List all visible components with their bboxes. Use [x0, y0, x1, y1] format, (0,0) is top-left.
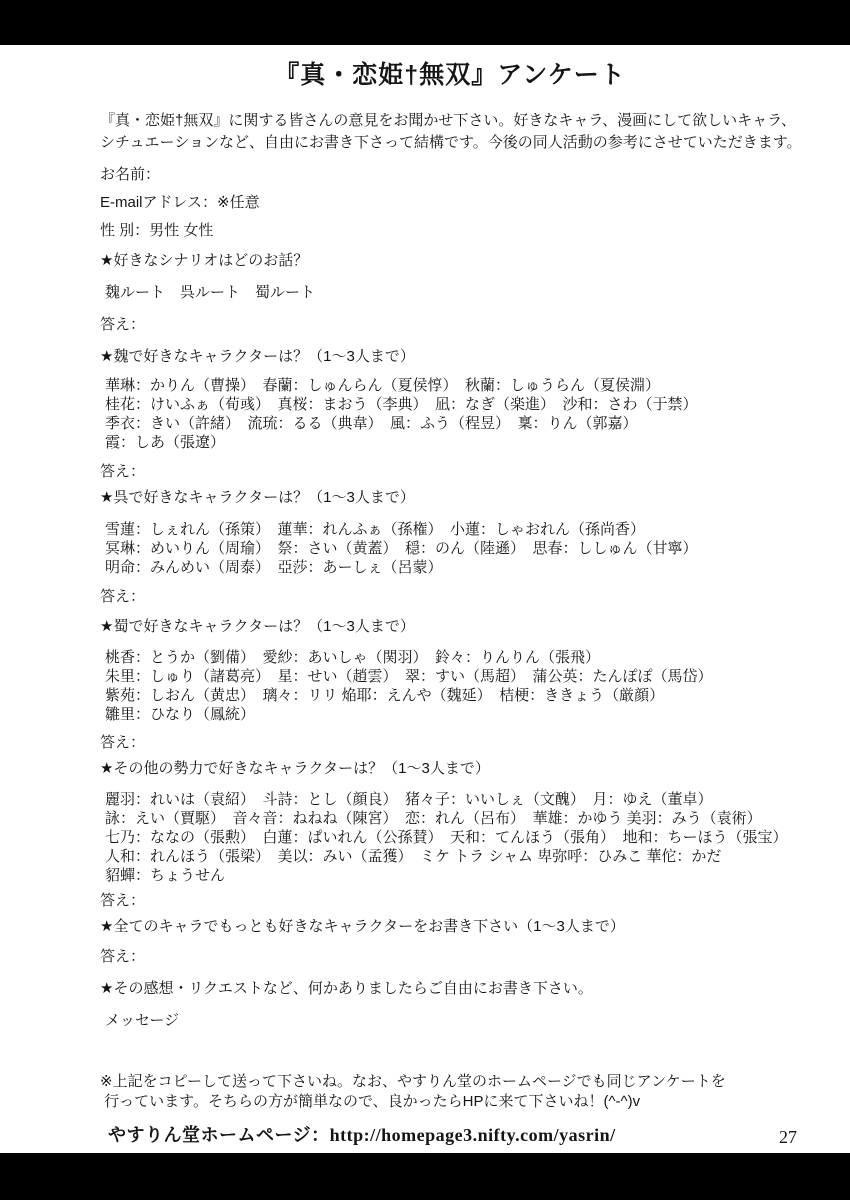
character-list-line: 七乃：ななの（張勲） 白蓮：ぱいれん（公孫賛） 天和：てんほう（張角） 地和：ち…	[105, 828, 800, 847]
answer-label: 答え：	[100, 734, 800, 752]
character-list-line: 季衣：きい（許緒） 流琉：るる（典韋） 風：ふう（程昱） 稟：りん（郭嘉）	[105, 414, 800, 433]
character-list-line: 貂蟬：ちょうせん	[105, 866, 800, 885]
question-wei: ★魏で好きなキャラクターは？（1～3人まで）	[100, 348, 800, 366]
character-list-line: 雪蓮：しぇれん（孫策） 蓮華：れんふぁ（孫権） 小蓮：しゃおれん（孫尚香）	[105, 520, 800, 539]
character-list-line: 冥琳：めいりん（周瑜） 祭：さい（黄蓋） 穏：のん（陸遜） 思春：ししゅん（甘寧…	[105, 539, 800, 558]
character-list-line: 華琳：かりん（曹操） 春蘭：しゅんらん（夏侯惇） 秋蘭：しゅうらん（夏侯淵）	[105, 376, 800, 395]
question-other-factions: ★その他の勢力で好きなキャラクターは？（1～3人まで）	[100, 760, 800, 778]
answer-label: 答え：	[100, 316, 800, 334]
question-shu: ★蜀で好きなキャラクターは？（1～3人まで）	[100, 618, 800, 636]
email-field-label: E-mailアドレス：※任意	[100, 194, 800, 212]
answer-label: 答え：	[100, 588, 800, 606]
answer-label: 答え：	[100, 892, 800, 910]
answer-label: 答え：	[100, 463, 800, 481]
scenario-options: 魏ルート 呉ルート 蜀ルート	[100, 284, 800, 302]
top-border-band	[0, 0, 850, 45]
character-list-line: 紫苑：しおん（黄忠） 璃々：リリ 焔耶：えんや（魏延） 桔梗：ききょう（厳顔）	[105, 686, 800, 705]
shu-character-list: 桃香：とうか（劉備） 愛紗：あいしゃ（関羽） 鈴々：りんりん（張飛） 朱里：しゅ…	[100, 648, 800, 724]
footnote-line: 行っています。そちらの方が簡単なので、良かったらHPに来て下さいね！(^-^)v	[100, 1092, 800, 1112]
other-character-list: 麗羽：れいは（袁紹） 斗詩：とし（顔良） 猪々子：いいしぇ（文醜） 月：ゆえ（董…	[100, 790, 800, 885]
answer-label: 答え：	[100, 948, 800, 966]
character-list-line: 朱里：しゅり（諸葛亮） 星：せい（趙雲） 翠：すい（馬超） 蒲公英：たんぽぽ（馬…	[105, 667, 800, 686]
intro-line: 『真・恋姫†無双』に関する皆さんの意見をお聞かせ下さい。好きなキャラ、漫画にして…	[100, 110, 800, 132]
gender-field-label: 性 別：男性 女性	[100, 222, 800, 240]
homepage-url-line: やすりん堂ホームページ：http://homepage3.nifty.com/y…	[100, 1122, 800, 1148]
character-list-line: 霞：しあ（張遼）	[105, 433, 800, 452]
character-list-line: 雛里：ひなり（鳳統）	[105, 705, 800, 724]
message-label: メッセージ	[100, 1012, 800, 1030]
footnote-line: ※上記をコピーして送って下さいね。なお、やすりん堂のホームページでも同じアンケー…	[100, 1072, 800, 1092]
page-number: 27	[779, 1126, 797, 1148]
page-title: 『真・恋姫†無双』アンケート	[100, 58, 800, 92]
name-field-label: お名前：	[100, 166, 800, 184]
bottom-border-band	[0, 1153, 850, 1200]
questionnaire-page: 『真・恋姫†無双』アンケート 『真・恋姫†無双』に関する皆さんの意見をお聞かせ下…	[100, 45, 800, 1148]
character-list-line: 人和：れんほう（張梁） 美以：みい（孟獲） ミケ トラ シャム 卑弥呼：ひみこ …	[105, 847, 800, 866]
character-list-line: 桃香：とうか（劉備） 愛紗：あいしゃ（関羽） 鈴々：りんりん（張飛）	[105, 648, 800, 667]
question-free-message: ★その感想・リクエストなど、何かありましたらご自由にお書き下さい。	[100, 980, 800, 998]
footnote: ※上記をコピーして送って下さいね。なお、やすりん堂のホームページでも同じアンケー…	[100, 1072, 800, 1112]
question-scenario: ★好きなシナリオはどのお話？	[100, 252, 800, 270]
question-wu: ★呉で好きなキャラクターは？（1～3人まで）	[100, 489, 800, 507]
question-overall-favorite: ★全てのキャラでもっとも好きなキャラクターをお書き下さい（1～3人まで）	[100, 918, 800, 936]
wei-character-list: 華琳：かりん（曹操） 春蘭：しゅんらん（夏侯惇） 秋蘭：しゅうらん（夏侯淵） 桂…	[100, 376, 800, 452]
intro-line: シチュエーションなど、自由にお書き下さって結構です。今後の同人活動の参考にさせて…	[100, 132, 800, 154]
character-list-line: 明命：みんめい（周泰） 亞莎：あーしぇ（呂蒙）	[105, 558, 800, 577]
character-list-line: 桂花：けいふぁ（荀彧） 真桜：まおう（李典） 凪：なぎ（楽進） 沙和：さわ（于禁…	[105, 395, 800, 414]
wu-character-list: 雪蓮：しぇれん（孫策） 蓮華：れんふぁ（孫権） 小蓮：しゃおれん（孫尚香） 冥琳…	[100, 520, 800, 577]
character-list-line: 詠：えい（賈駆） 音々音：ねねね（陳宮） 恋：れん（呂布） 華雄：かゆう 美羽：…	[105, 809, 800, 828]
character-list-line: 麗羽：れいは（袁紹） 斗詩：とし（顔良） 猪々子：いいしぇ（文醜） 月：ゆえ（董…	[105, 790, 800, 809]
intro-paragraph: 『真・恋姫†無双』に関する皆さんの意見をお聞かせ下さい。好きなキャラ、漫画にして…	[100, 110, 800, 154]
